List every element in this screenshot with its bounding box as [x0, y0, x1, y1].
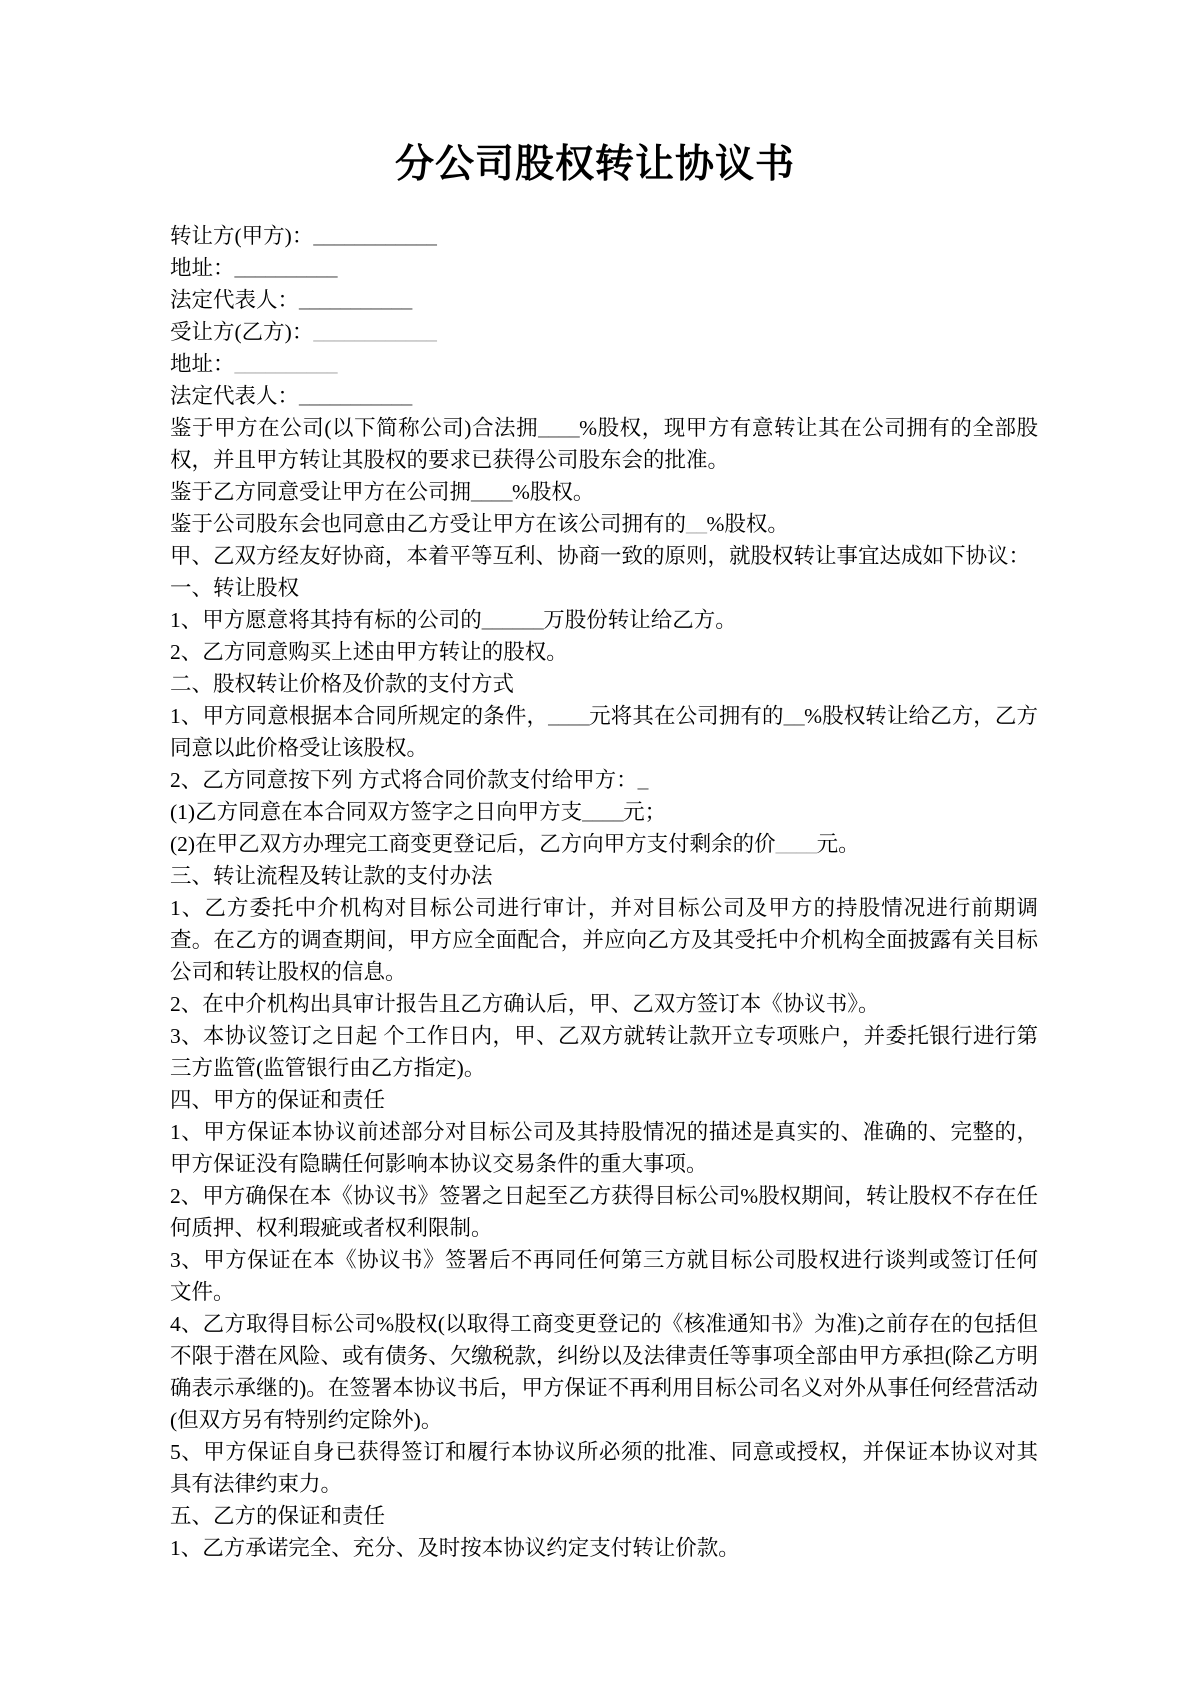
paragraph: 鉴于公司股东会也同意由乙方受让甲方在该公司拥有的__%股权。	[170, 508, 1038, 540]
text-run: 五、乙方的保证和责任	[170, 1504, 385, 1528]
paragraph: 1、乙方承诺完全、充分、及时按本协议约定支付转让价款。	[170, 1532, 1038, 1564]
text-run: 5、甲方保证自身已获得签订和履行本协议所必须的批准、同意或授权，并保证本协议对其…	[170, 1440, 1038, 1496]
blank-field: ____	[548, 704, 589, 728]
text-run: 1、乙方承诺完全、充分、及时按本协议约定支付转让价款。	[170, 1536, 740, 1560]
text-run: 甲、乙双方经友好协商，本着平等互利、协商一致的原则，就股权转让事宜达成如下协议：	[170, 544, 1030, 568]
paragraph: 3、甲方保证在本《协议书》签署后不再同任何第三方就目标公司股权进行谈判或签订任何…	[170, 1244, 1038, 1308]
paragraph: (2)在甲乙双方办理完工商变更登记后，乙方向甲方支付剩余的价____元。	[170, 828, 1038, 860]
document-page: 分公司股权转让协议书 转让方(甲方)：____________地址：______…	[0, 0, 1190, 1683]
text-run: 元；	[623, 800, 666, 824]
blank-field: ____________	[313, 320, 436, 344]
text-run: 万股份转让给乙方。	[543, 608, 737, 632]
text-run: 转让方(甲方)：	[170, 224, 313, 248]
text-run: 4、乙方取得目标公司%股权(以取得工商变更登记的《核准通知书》为准)之前存在的包…	[170, 1312, 1038, 1432]
paragraph: 1、甲方愿意将其持有标的公司的______万股份转让给乙方。	[170, 604, 1038, 636]
text-run: 鉴于甲方在公司(以下简称公司)合法拥	[170, 416, 538, 440]
text-run: 二、股权转让价格及价款的支付方式	[170, 672, 514, 696]
text-run: 2、乙方同意购买上述由甲方转让的股权。	[170, 640, 568, 664]
text-run: 地址：	[170, 256, 235, 280]
blank-field: _	[638, 768, 648, 792]
paragraph: 鉴于甲方在公司(以下简称公司)合法拥____%股权，现甲方有意转让其在公司拥有的…	[170, 412, 1038, 476]
text-run: (2)在甲乙双方办理完工商变更登记后，乙方向甲方支付剩余的价	[170, 832, 776, 856]
paragraph: 法定代表人：___________	[170, 284, 1038, 316]
paragraph: 一、转让股权	[170, 572, 1038, 604]
text-run: 1、乙方委托中介机构对目标公司进行审计，并对目标公司及甲方的持股情况进行前期调查…	[170, 896, 1038, 984]
paragraph: (1)乙方同意在本合同双方签字之日向甲方支____元；	[170, 796, 1038, 828]
text-run: 元将其在公司拥有的	[589, 704, 784, 728]
text-run: 法定代表人：	[170, 288, 299, 312]
paragraph: 2、甲方确保在本《协议书》签署之日起至乙方获得目标公司%股权期间，转让股权不存在…	[170, 1180, 1038, 1244]
paragraph: 二、股权转让价格及价款的支付方式	[170, 668, 1038, 700]
text-run: (1)乙方同意在本合同双方签字之日向甲方支	[170, 800, 582, 824]
blank-field: ____	[471, 480, 512, 504]
blank-field: __	[784, 704, 805, 728]
blank-field: ___________	[299, 384, 412, 408]
text-run: %股权。	[707, 512, 789, 536]
paragraph: 受让方(乙方)：____________	[170, 316, 1038, 348]
paragraph: 地址：__________	[170, 348, 1038, 380]
text-run: 1、甲方同意根据本合同所规定的条件，	[170, 704, 548, 728]
text-run: 四、甲方的保证和责任	[170, 1088, 385, 1112]
paragraph: 2、在中介机构出具审计报告且乙方确认后，甲、乙双方签订本《协议书》。	[170, 988, 1038, 1020]
paragraph: 转让方(甲方)：____________	[170, 220, 1038, 252]
text-run: 法定代表人：	[170, 384, 299, 408]
blank-field: ____________	[313, 224, 436, 248]
paragraph: 五、乙方的保证和责任	[170, 1500, 1038, 1532]
paragraph: 甲、乙双方经友好协商，本着平等互利、协商一致的原则，就股权转让事宜达成如下协议：	[170, 540, 1038, 572]
text-run: 三、转让流程及转让款的支付办法	[170, 864, 493, 888]
text-run: 一、转让股权	[170, 576, 299, 600]
text-run: 3、本协议签订之日起 个工作日内，甲、乙双方就转让款开立专项账户，并委托银行进行…	[170, 1024, 1038, 1080]
paragraph: 地址：__________	[170, 252, 1038, 284]
paragraph: 2、乙方同意购买上述由甲方转让的股权。	[170, 636, 1038, 668]
blank-field: ____	[538, 416, 579, 440]
paragraph: 3、本协议签订之日起 个工作日内，甲、乙双方就转让款开立专项账户，并委托银行进行…	[170, 1020, 1038, 1084]
paragraph: 四、甲方的保证和责任	[170, 1084, 1038, 1116]
blank-field: ____	[776, 832, 817, 856]
paragraph: 三、转让流程及转让款的支付办法	[170, 860, 1038, 892]
blank-field: ____	[582, 800, 623, 824]
text-run: 2、乙方同意按下列 方式将合同价款支付给甲方：	[170, 768, 638, 792]
text-run: 2、甲方确保在本《协议书》签署之日起至乙方获得目标公司%股权期间，转让股权不存在…	[170, 1184, 1038, 1240]
text-run: 3、甲方保证在本《协议书》签署后不再同任何第三方就目标公司股权进行谈判或签订任何…	[170, 1248, 1038, 1304]
paragraph: 1、乙方委托中介机构对目标公司进行审计，并对目标公司及甲方的持股情况进行前期调查…	[170, 892, 1038, 988]
paragraph: 5、甲方保证自身已获得签订和履行本协议所必须的批准、同意或授权，并保证本协议对其…	[170, 1436, 1038, 1500]
blank-field: ___________	[299, 288, 412, 312]
text-run: 受让方(乙方)：	[170, 320, 313, 344]
paragraph: 1、甲方同意根据本合同所规定的条件，____元将其在公司拥有的__%股权转让给乙…	[170, 700, 1038, 764]
text-run: 元。	[817, 832, 860, 856]
text-run: 鉴于公司股东会也同意由乙方受让甲方在该公司拥有的	[170, 512, 686, 536]
blank-field: __	[686, 512, 707, 536]
text-run: 1、甲方保证本协议前述部分对目标公司及其持股情况的描述是真实的、准确的、完整的，…	[170, 1120, 1038, 1176]
text-run: 鉴于乙方同意受让甲方在公司拥	[170, 480, 471, 504]
paragraph: 法定代表人：___________	[170, 380, 1038, 412]
text-run: 2、在中介机构出具审计报告且乙方确认后，甲、乙双方签订本《协议书》。	[170, 992, 880, 1016]
blank-field: __________	[235, 352, 338, 376]
paragraph: 鉴于乙方同意受让甲方在公司拥____%股权。	[170, 476, 1038, 508]
paragraph: 2、乙方同意按下列 方式将合同价款支付给甲方：_	[170, 764, 1038, 796]
paragraph: 4、乙方取得目标公司%股权(以取得工商变更登记的《核准通知书》为准)之前存在的包…	[170, 1308, 1038, 1436]
document-title: 分公司股权转让协议书	[0, 141, 1190, 189]
blank-field: ______	[482, 608, 544, 632]
text-run: %股权。	[512, 480, 594, 504]
blank-field: __________	[235, 256, 338, 280]
document-body: 转让方(甲方)：____________地址：__________法定代表人：_…	[170, 220, 1038, 1564]
text-run: 1、甲方愿意将其持有标的公司的	[170, 608, 482, 632]
text-run: 地址：	[170, 352, 235, 376]
paragraph: 1、甲方保证本协议前述部分对目标公司及其持股情况的描述是真实的、准确的、完整的，…	[170, 1116, 1038, 1180]
